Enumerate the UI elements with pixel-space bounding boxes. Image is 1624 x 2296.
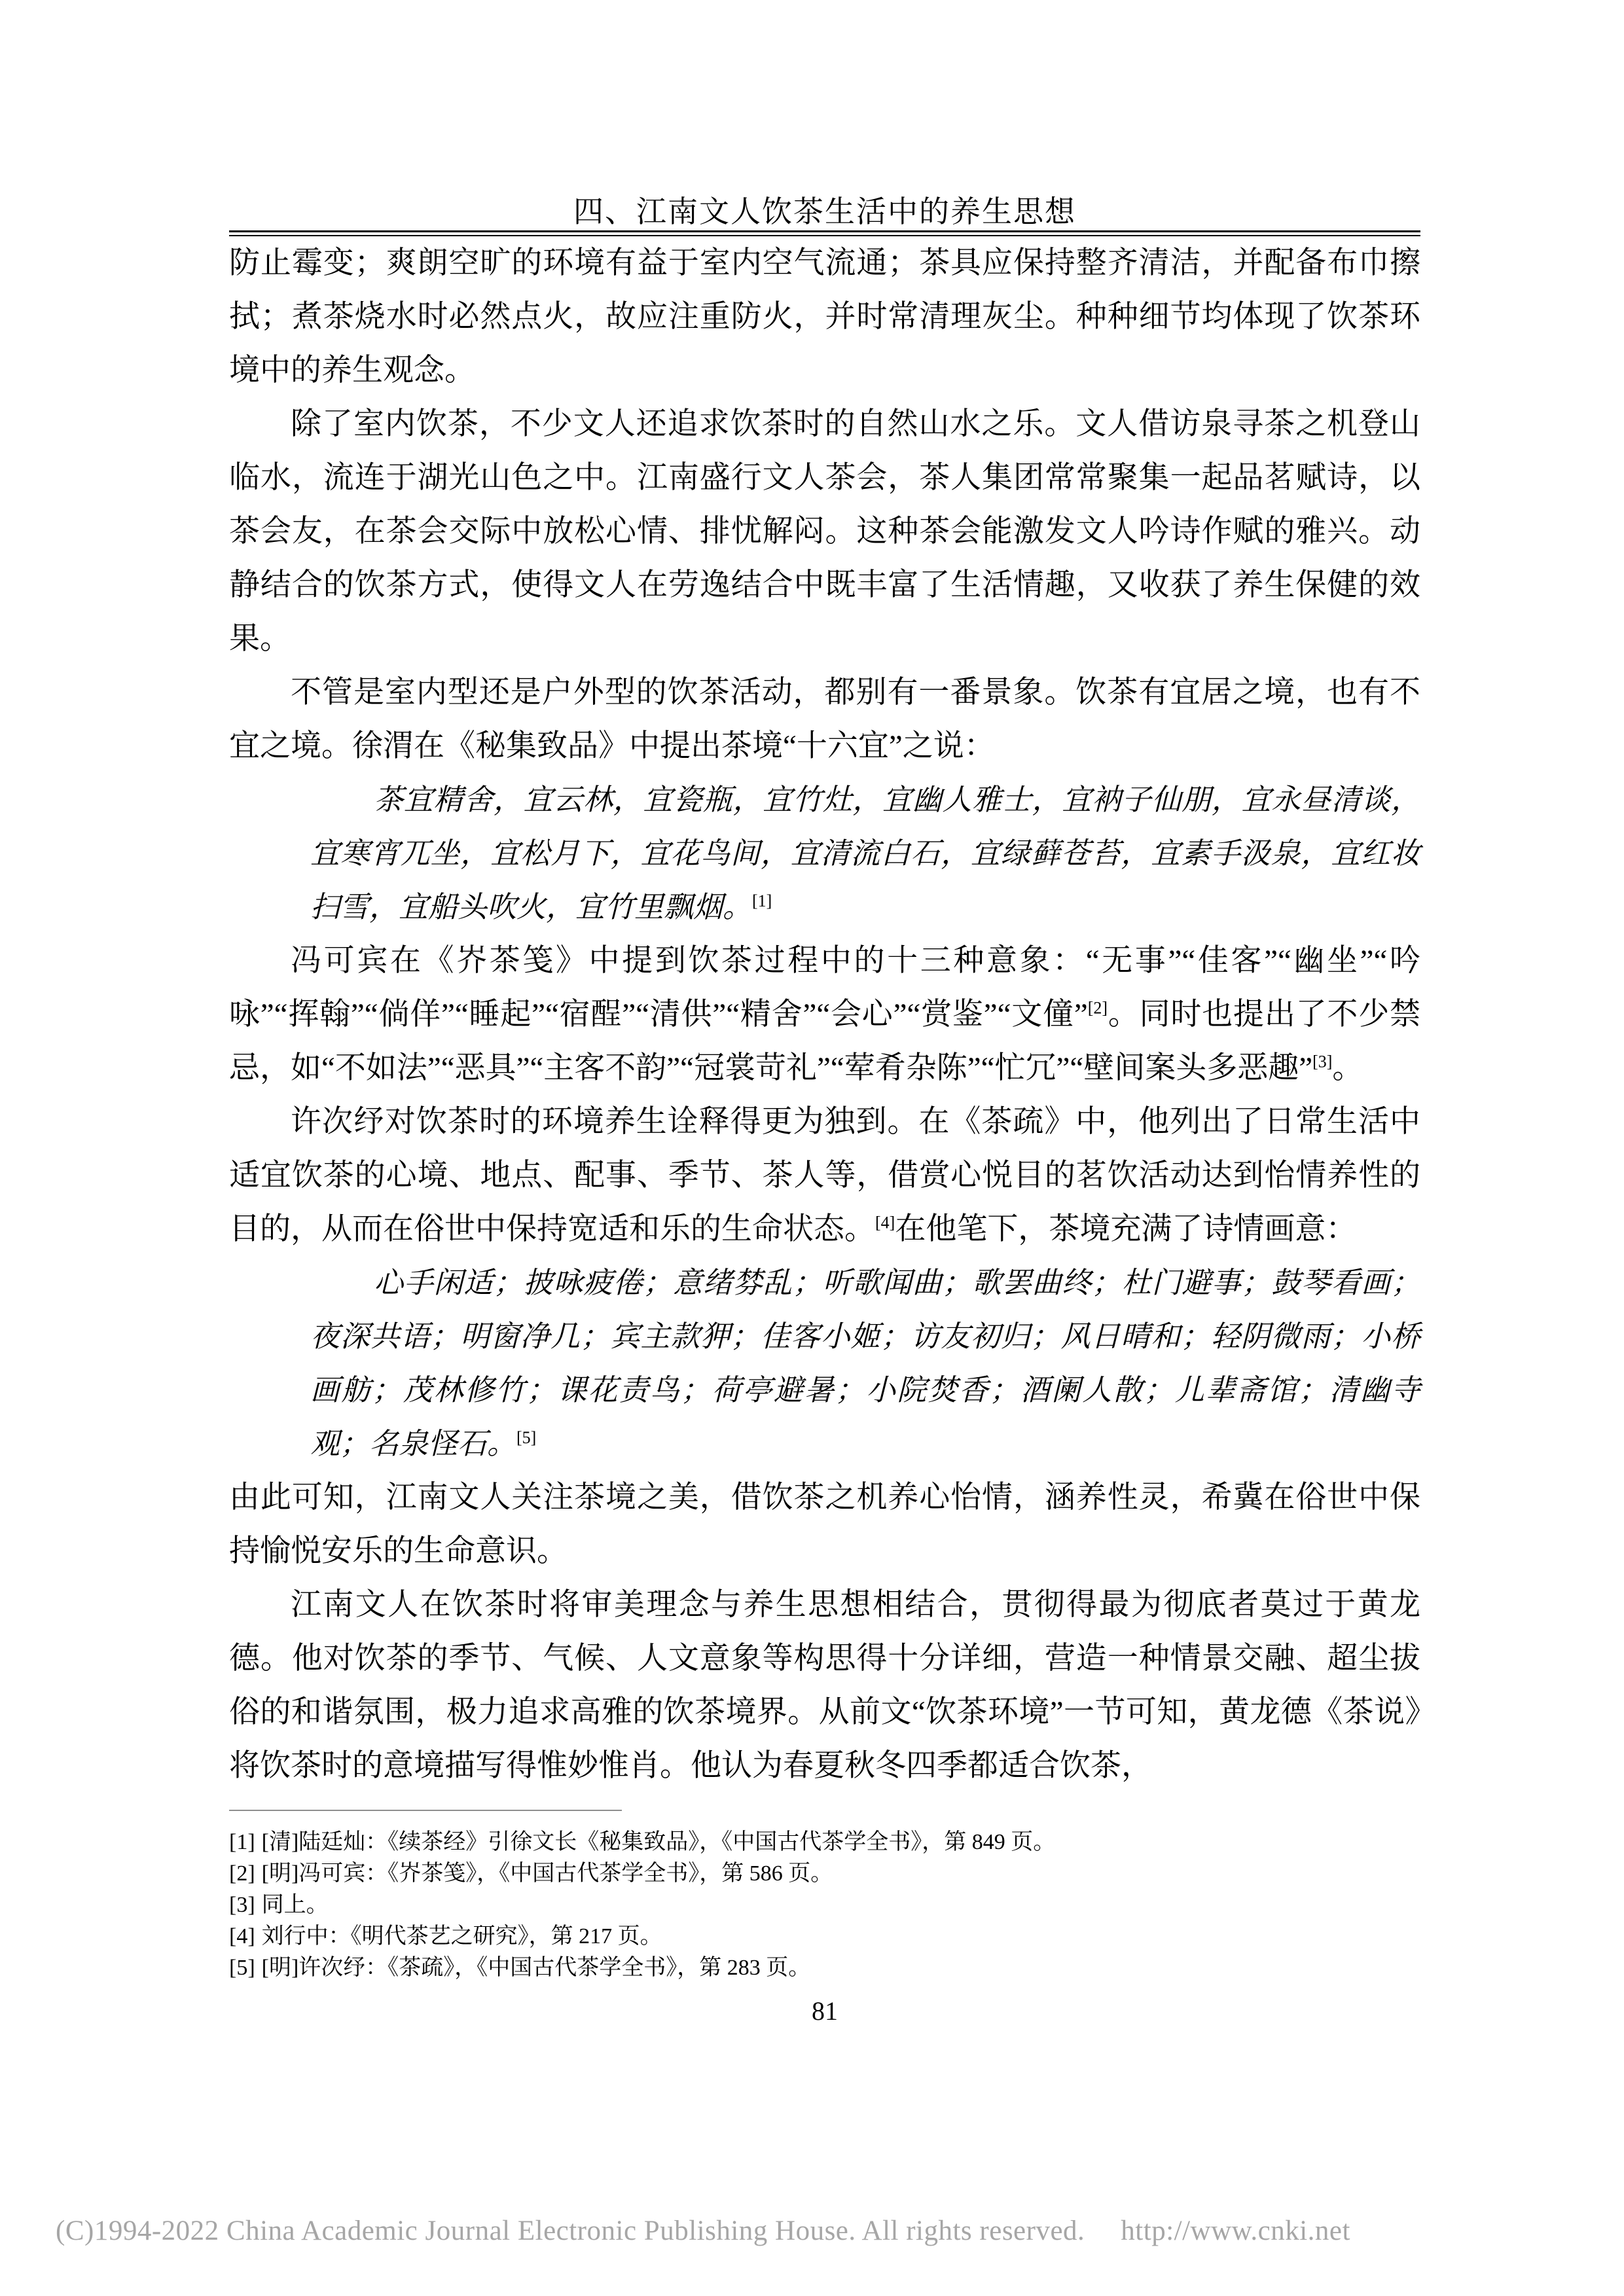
body-paragraph-7: 江南文人在饮茶时将审美理念与养生思想相结合，贯彻得最为彻底者莫过于黄龙德。他对饮… xyxy=(229,1578,1420,1793)
body-paragraph-2: 除了室内饮茶，不少文人还追求饮茶时的自然山水之乐。文人借访泉寻茶之机登山临水，流… xyxy=(229,397,1420,666)
body-paragraph-5: 许次纾对饮茶时的环境养生诠释得更为独到。在《茶疏》中，他列出了日常生活中适宜饮茶… xyxy=(229,1095,1420,1256)
footnote-item-1: [1][清]陆廷灿：《续茶经》引徐文长《秘集致品》，《中国古代茶学全书》，第 8… xyxy=(229,1827,1420,1858)
footnote-item-3: [3]同上。 xyxy=(229,1890,1420,1921)
paragraph-text: 不管是室内型还是户外型的饮茶活动，都别有一番景象。饮茶有宜居之境，也有不宜之境。… xyxy=(229,675,1420,763)
quote-block-1: 茶宜精舍，宜云林，宜瓷瓶，宜竹灶，宜幽人雅士，宜衲子仙朋，宜永昼清谈，宜寒宵兀坐… xyxy=(310,773,1420,934)
footnote-text: [明]冯可宾：《岕茶笺》，《中国古代茶学全书》，第 586 页。 xyxy=(262,1861,833,1886)
body-paragraph-4: 冯可宾在《岕茶笺》中提到饮茶过程中的十三种意象：“无事”“佳客”“幽坐”“吟咏”… xyxy=(229,934,1420,1095)
copyright-text: (C)1994-2022 China Academic Journal Elec… xyxy=(56,2215,1085,2246)
footnotes-section: [1][清]陆廷灿：《续茶经》引徐文长《秘集致品》，《中国古代茶学全书》，第 8… xyxy=(229,1827,1420,1984)
footnote-item-4: [4]刘行中：《明代茶艺之研究》，第 217 页。 xyxy=(229,1921,1420,1952)
footnote-ref-5: [5] xyxy=(516,1428,536,1447)
page-number: 81 xyxy=(229,1996,1420,2027)
quote-block-2: 心手闲适；披咏疲倦；意绪棼乱；听歌闻曲；歌罢曲终；杜门避事；鼓琴看画；夜深共语；… xyxy=(310,1256,1420,1471)
paragraph-text: 由此可知，江南文人关注茶境之美，借饮茶之机养心怡情，涵养性灵，希冀在俗世中保持愉… xyxy=(229,1480,1420,1568)
paragraph-text: 防止霉变；爽朗空旷的环境有益于室内空气流通；茶具应保持整齐清洁，并配备布巾擦拭；… xyxy=(229,246,1420,387)
title-divider-rule xyxy=(229,230,1420,236)
paragraph-text: 。 xyxy=(1332,1051,1363,1085)
footnote-ref-1: [1] xyxy=(752,891,772,910)
paragraph-text: 在他笔下，茶境充满了诗情画意： xyxy=(895,1212,1356,1246)
copyright-url: http://www.cnki.net xyxy=(1121,2215,1350,2246)
footnote-item-2: [2][明]冯可宾：《岕茶笺》，《中国古代茶学全书》，第 586 页。 xyxy=(229,1858,1420,1890)
footnote-separator-rule xyxy=(229,1810,622,1811)
document-page: 四、江南文人饮茶生活中的养生思想 防止霉变；爽朗空旷的环境有益于室内空气流通；茶… xyxy=(0,0,1624,2296)
footnote-text: [明]许次纾：《茶疏》，《中国古代茶学全书》，第 283 页。 xyxy=(262,1956,811,1980)
footnote-text: [清]陆廷灿：《续茶经》引徐文长《秘集致品》，《中国古代茶学全书》，第 849 … xyxy=(262,1830,1056,1854)
footnote-marker: [5] xyxy=(229,1956,255,1980)
quote-text: 心手闲适；披咏疲倦；意绪棼乱；听歌闻曲；歌罢曲终；杜门避事；鼓琴看画；夜深共语；… xyxy=(310,1266,1420,1460)
page-header-title: 四、江南文人饮茶生活中的养生思想 xyxy=(229,194,1420,230)
footnote-ref-3: [3] xyxy=(1312,1052,1332,1071)
footnote-marker: [1] xyxy=(229,1830,255,1854)
footnote-item-5: [5][明]许次纾：《茶疏》，《中国古代茶学全书》，第 283 页。 xyxy=(229,1952,1420,1984)
footnote-marker: [2] xyxy=(229,1861,255,1886)
text-column: 四、江南文人饮茶生活中的养生思想 防止霉变；爽朗空旷的环境有益于室内空气流通；茶… xyxy=(229,194,1420,2027)
footnote-marker: [3] xyxy=(229,1893,255,1917)
quote-text: 茶宜精舍，宜云林，宜瓷瓶，宜竹灶，宜幽人雅士，宜衲子仙朋，宜永昼清谈，宜寒宵兀坐… xyxy=(310,783,1420,924)
paragraph-text: 江南文人在饮茶时将审美理念与养生思想相结合，贯彻得最为彻底者莫过于黄龙德。他对饮… xyxy=(229,1588,1420,1783)
footnote-ref-4: [4] xyxy=(875,1213,895,1232)
footnote-text: 刘行中：《明代茶艺之研究》，第 217 页。 xyxy=(262,1924,662,1948)
body-paragraph-1: 防止霉变；爽朗空旷的环境有益于室内空气流通；茶具应保持整齐清洁，并配备布巾擦拭；… xyxy=(229,236,1420,397)
footnote-text: 同上。 xyxy=(262,1893,329,1917)
footnote-marker: [4] xyxy=(229,1924,255,1948)
paragraph-text: 除了室内饮茶，不少文人还追求饮茶时的自然山水之乐。文人借访泉寻茶之机登山临水，流… xyxy=(229,407,1420,656)
copyright-notice: (C)1994-2022 China Academic Journal Elec… xyxy=(56,2215,1350,2248)
body-paragraph-6: 由此可知，江南文人关注茶境之美，借饮茶之机养心怡情，涵养性灵，希冀在俗世中保持愉… xyxy=(229,1471,1420,1578)
body-paragraph-3: 不管是室内型还是户外型的饮茶活动，都别有一番景象。饮茶有宜居之境，也有不宜之境。… xyxy=(229,666,1420,773)
footnote-ref-2: [2] xyxy=(1088,998,1108,1017)
